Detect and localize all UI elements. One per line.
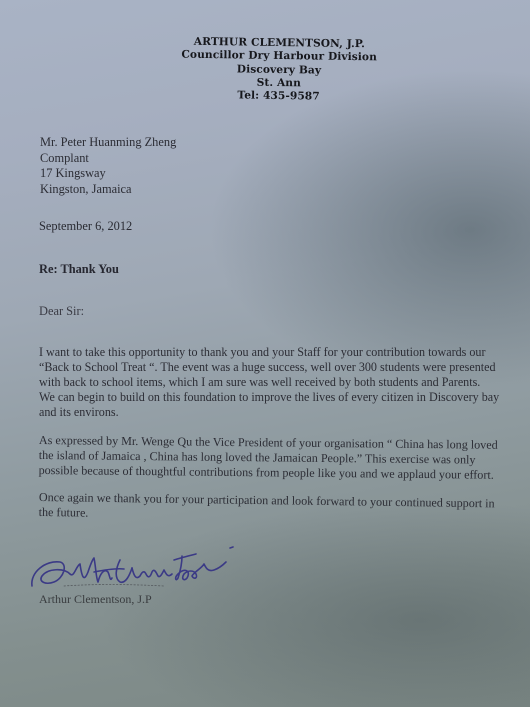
paragraph-line: with back to school items, which I am su… (39, 375, 529, 390)
recipient-company: Complant (40, 151, 176, 167)
recipient-address: Mr. Peter Huanming Zheng Complant 17 Kin… (40, 135, 176, 197)
signatory-name: Arthur Clementson, J.P (39, 592, 152, 607)
body-paragraph-2: As expressed by Mr. Wenge Qu the Vice Pr… (39, 433, 529, 483)
paragraph-line: “Back to School Treat “. The event was a… (39, 360, 529, 375)
handwritten-signature-icon (24, 538, 244, 598)
letter-subject: Re: Thank You (39, 262, 119, 277)
paragraph-line: and its environs. (39, 405, 529, 420)
letter-page: ARTHUR CLEMENTSON, J.P. Councillor Dry H… (0, 0, 530, 707)
recipient-name: Mr. Peter Huanming Zheng (40, 135, 176, 151)
paragraph-line: I want to take this opportunity to thank… (39, 345, 529, 360)
paragraph-line: We can begin to build on this foundation… (39, 390, 529, 405)
salutation: Dear Sir: (39, 304, 84, 319)
body-paragraph-1: I want to take this opportunity to thank… (39, 345, 529, 420)
recipient-street: 17 Kingsway (40, 166, 176, 182)
body-paragraph-3: Once again we thank you for your partici… (39, 490, 529, 527)
letterhead: ARTHUR CLEMENTSON, J.P. Councillor Dry H… (0, 33, 530, 107)
recipient-city: Kingston, Jamaica (40, 182, 176, 198)
letter-date: September 6, 2012 (39, 219, 132, 234)
